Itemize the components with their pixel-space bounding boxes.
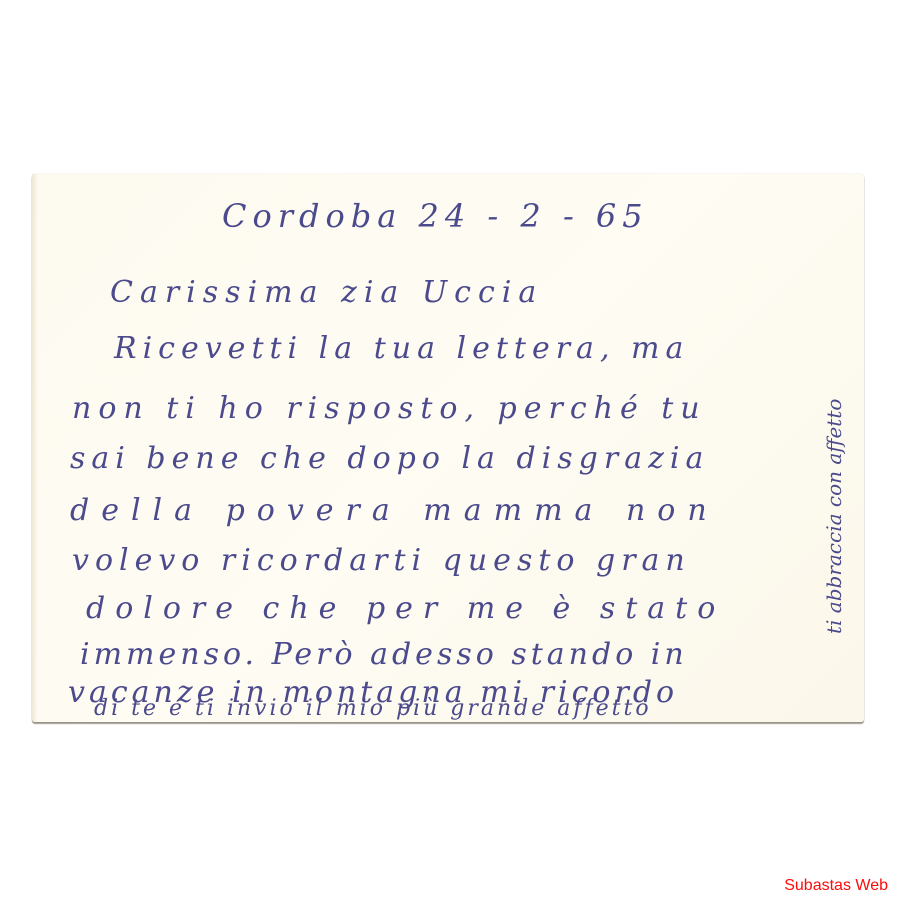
body-line-3: sai bene che dopo la disgrazia	[70, 444, 709, 474]
margin-note: ti abbraccia con affetto	[822, 399, 846, 634]
body-line-5: volevo ricordarti questo gran	[72, 546, 691, 576]
watermark: Subastas Web	[784, 877, 888, 895]
date-line: Cordoba 24 - 2 - 65	[222, 200, 649, 232]
body-line-7: immenso. Però adesso stando in	[80, 640, 688, 670]
body-line-1: Ricevetti la tua lettera, ma	[114, 334, 689, 364]
body-line-9: di te e ti invio il mio più grande affet…	[94, 698, 652, 720]
body-line-4: della povera mamma non	[70, 496, 719, 526]
body-line-2: non ti ho risposto, perché tu	[72, 394, 707, 424]
salutation: Carissima zia Uccia	[110, 278, 543, 308]
body-line-6: dolore che per me è stato	[86, 594, 725, 624]
postcard: Cordoba 24 - 2 - 65 Carissima zia Uccia …	[32, 174, 864, 722]
